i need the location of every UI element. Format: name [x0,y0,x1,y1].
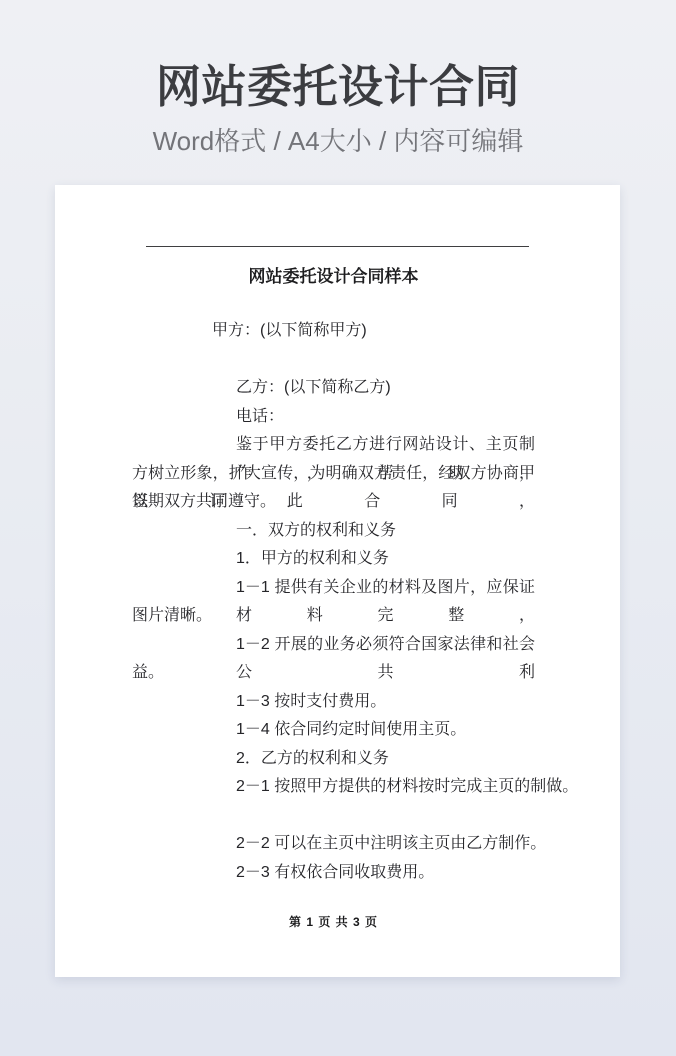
doc-line: 2．乙方的权利和义务 [132,745,535,774]
doc-line: 1－3 按时支付费用。 [132,688,535,717]
doc-line: 2－3 有权依合同收取费用。 [132,859,535,888]
doc-line: 方树立形象，扩大宣传，为明确双方责任，经双方协商，签订此合同， [132,460,535,489]
doc-line: 1－2 开展的业务必须符合国家法律和社会公共利 [132,631,535,660]
doc-blank-line [132,802,535,831]
template-title: 网站委托设计合同 [0,56,676,118]
document-lines: 甲方：(以下简称甲方)乙方：(以下简称乙方)电话：鉴于甲方委托乙方进行网站设计、… [132,317,535,887]
document-content: 网站委托设计合同样本 甲方：(以下简称甲方)乙方：(以下简称乙方)电话：鉴于甲方… [55,246,620,930]
document-title: 网站委托设计合同样本 [132,263,535,291]
doc-line: 甲方：(以下简称甲方) [132,317,535,346]
document-page-preview: 网站委托设计合同样本 甲方：(以下简称甲方)乙方：(以下简称乙方)电话：鉴于甲方… [55,185,620,977]
page-number-footer: 第 1 页 共 3 页 [132,913,535,930]
doc-line: 2－1 按照甲方提供的材料按时完成主页的制做。 [132,773,535,802]
doc-line: 1－1 提供有关企业的材料及图片，应保证材料完整， [132,574,535,603]
doc-line: 2－2 可以在主页中注明该主页由乙方制作。 [132,830,535,859]
template-format-subtitle: Word格式 / A4大小 / 内容可编辑 [0,124,676,158]
hero-header: 网站委托设计合同 Word格式 / A4大小 / 内容可编辑 [0,0,676,158]
doc-blank-line [132,346,535,375]
doc-line: 鉴于甲方委托乙方进行网站设计、主页制作，帮助甲 [132,431,535,460]
doc-line: 电话： [132,403,535,432]
document-header-rule [146,246,529,247]
doc-line: 一．双方的权利和义务 [132,517,535,546]
template-preview-page: { "header": { "title": "网站委托设计合同", "subt… [0,0,676,1056]
doc-line: 1．甲方的权利和义务 [132,545,535,574]
doc-line: 1－4 依合同约定时间使用主页。 [132,716,535,745]
doc-line: 乙方：(以下简称乙方) [132,374,535,403]
